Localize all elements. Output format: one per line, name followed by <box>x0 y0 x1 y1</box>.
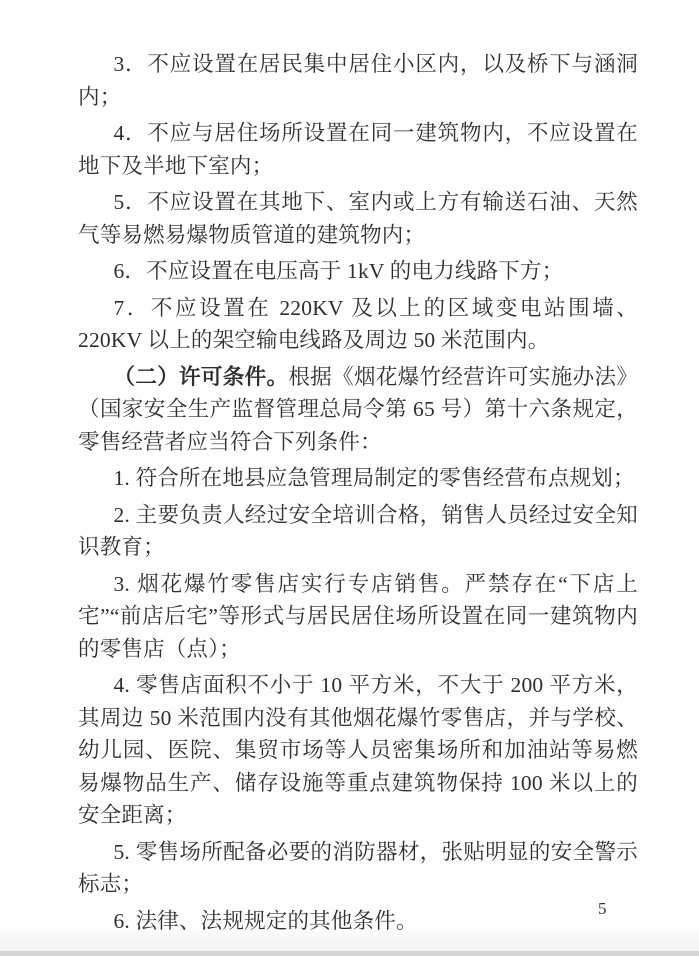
list-item-text: 1. 符合所在地县应急管理局制定的零售经营布点规划； <box>113 466 634 490</box>
list-item-text: 4. 零售店面积不小于 10 平方米，不大于 200 平方米，其周边 50 米范… <box>78 673 638 827</box>
list-item-siting-3: 3．不应设置在居民集中居住小区内，以及桥下与涵洞内； <box>78 48 638 113</box>
list-item-text: 6. 法律、法规规定的其他条件。 <box>113 909 417 933</box>
list-item-text: 3．不应设置在居民集中居住小区内，以及桥下与涵洞内； <box>78 52 638 109</box>
scan-edge <box>0 951 699 956</box>
page-number: 5 <box>598 898 607 920</box>
list-item-siting-5: 5．不应设置在其地下、室内或上方有输送石油、天然气等易燃易爆物质管道的建筑物内； <box>78 186 638 251</box>
list-item-siting-7: 7．不应设置在 220KV 及以上的区域变电站围墙、220KV 以上的架空输电线… <box>78 292 638 357</box>
list-item-condition-6: 6. 法律、法规规定的其他条件。 <box>78 905 638 938</box>
section-heading-label: （二）许可条件。 <box>113 365 288 389</box>
list-item-condition-5: 5. 零售场所配备必要的消防器材，张贴明显的安全警示标志； <box>78 836 638 901</box>
list-item-text: 5．不应设置在其地下、室内或上方有输送石油、天然气等易燃易爆物质管道的建筑物内； <box>78 190 638 247</box>
list-item-text: 2. 主要负责人经过安全培训合格，销售人员经过安全知识教育； <box>78 503 638 560</box>
list-item-condition-3: 3. 烟花爆竹零售店实行专店销售。严禁存在“下店上宅”“前店后宅”等形式与居民居… <box>78 568 638 666</box>
list-item-condition-4: 4. 零售店面积不小于 10 平方米，不大于 200 平方米，其周边 50 米范… <box>78 669 638 832</box>
list-item-text: 6．不应设置在电压高于 1kV 的电力线路下方； <box>113 259 563 283</box>
list-item-condition-2: 2. 主要负责人经过安全培训合格，销售人员经过安全知识教育； <box>78 499 638 564</box>
document-page: 3．不应设置在居民集中居住小区内，以及桥下与涵洞内； 4．不应与居住场所设置在同… <box>0 0 699 956</box>
section-heading-paragraph: （二）许可条件。根据《烟花爆竹经营许可实施办法》（国家安全生产监督管理总局令第 … <box>78 361 638 459</box>
list-item-text: 7．不应设置在 220KV 及以上的区域变电站围墙、220KV 以上的架空输电线… <box>78 296 638 353</box>
list-item-condition-1: 1. 符合所在地县应急管理局制定的零售经营布点规划； <box>78 462 638 495</box>
list-item-text: 4．不应与居住场所设置在同一建筑物内，不应设置在地下及半地下室内； <box>78 121 638 178</box>
list-item-siting-6: 6．不应设置在电压高于 1kV 的电力线路下方； <box>78 255 638 288</box>
list-item-text: 5. 零售场所配备必要的消防器材，张贴明显的安全警示标志； <box>78 840 638 897</box>
document-body: 3．不应设置在居民集中居住小区内，以及桥下与涵洞内； 4．不应与居住场所设置在同… <box>78 48 638 941</box>
list-item-text: 3. 烟花爆竹零售店实行专店销售。严禁存在“下店上宅”“前店后宅”等形式与居民居… <box>78 572 638 661</box>
list-item-siting-4: 4．不应与居住场所设置在同一建筑物内，不应设置在地下及半地下室内； <box>78 117 638 182</box>
